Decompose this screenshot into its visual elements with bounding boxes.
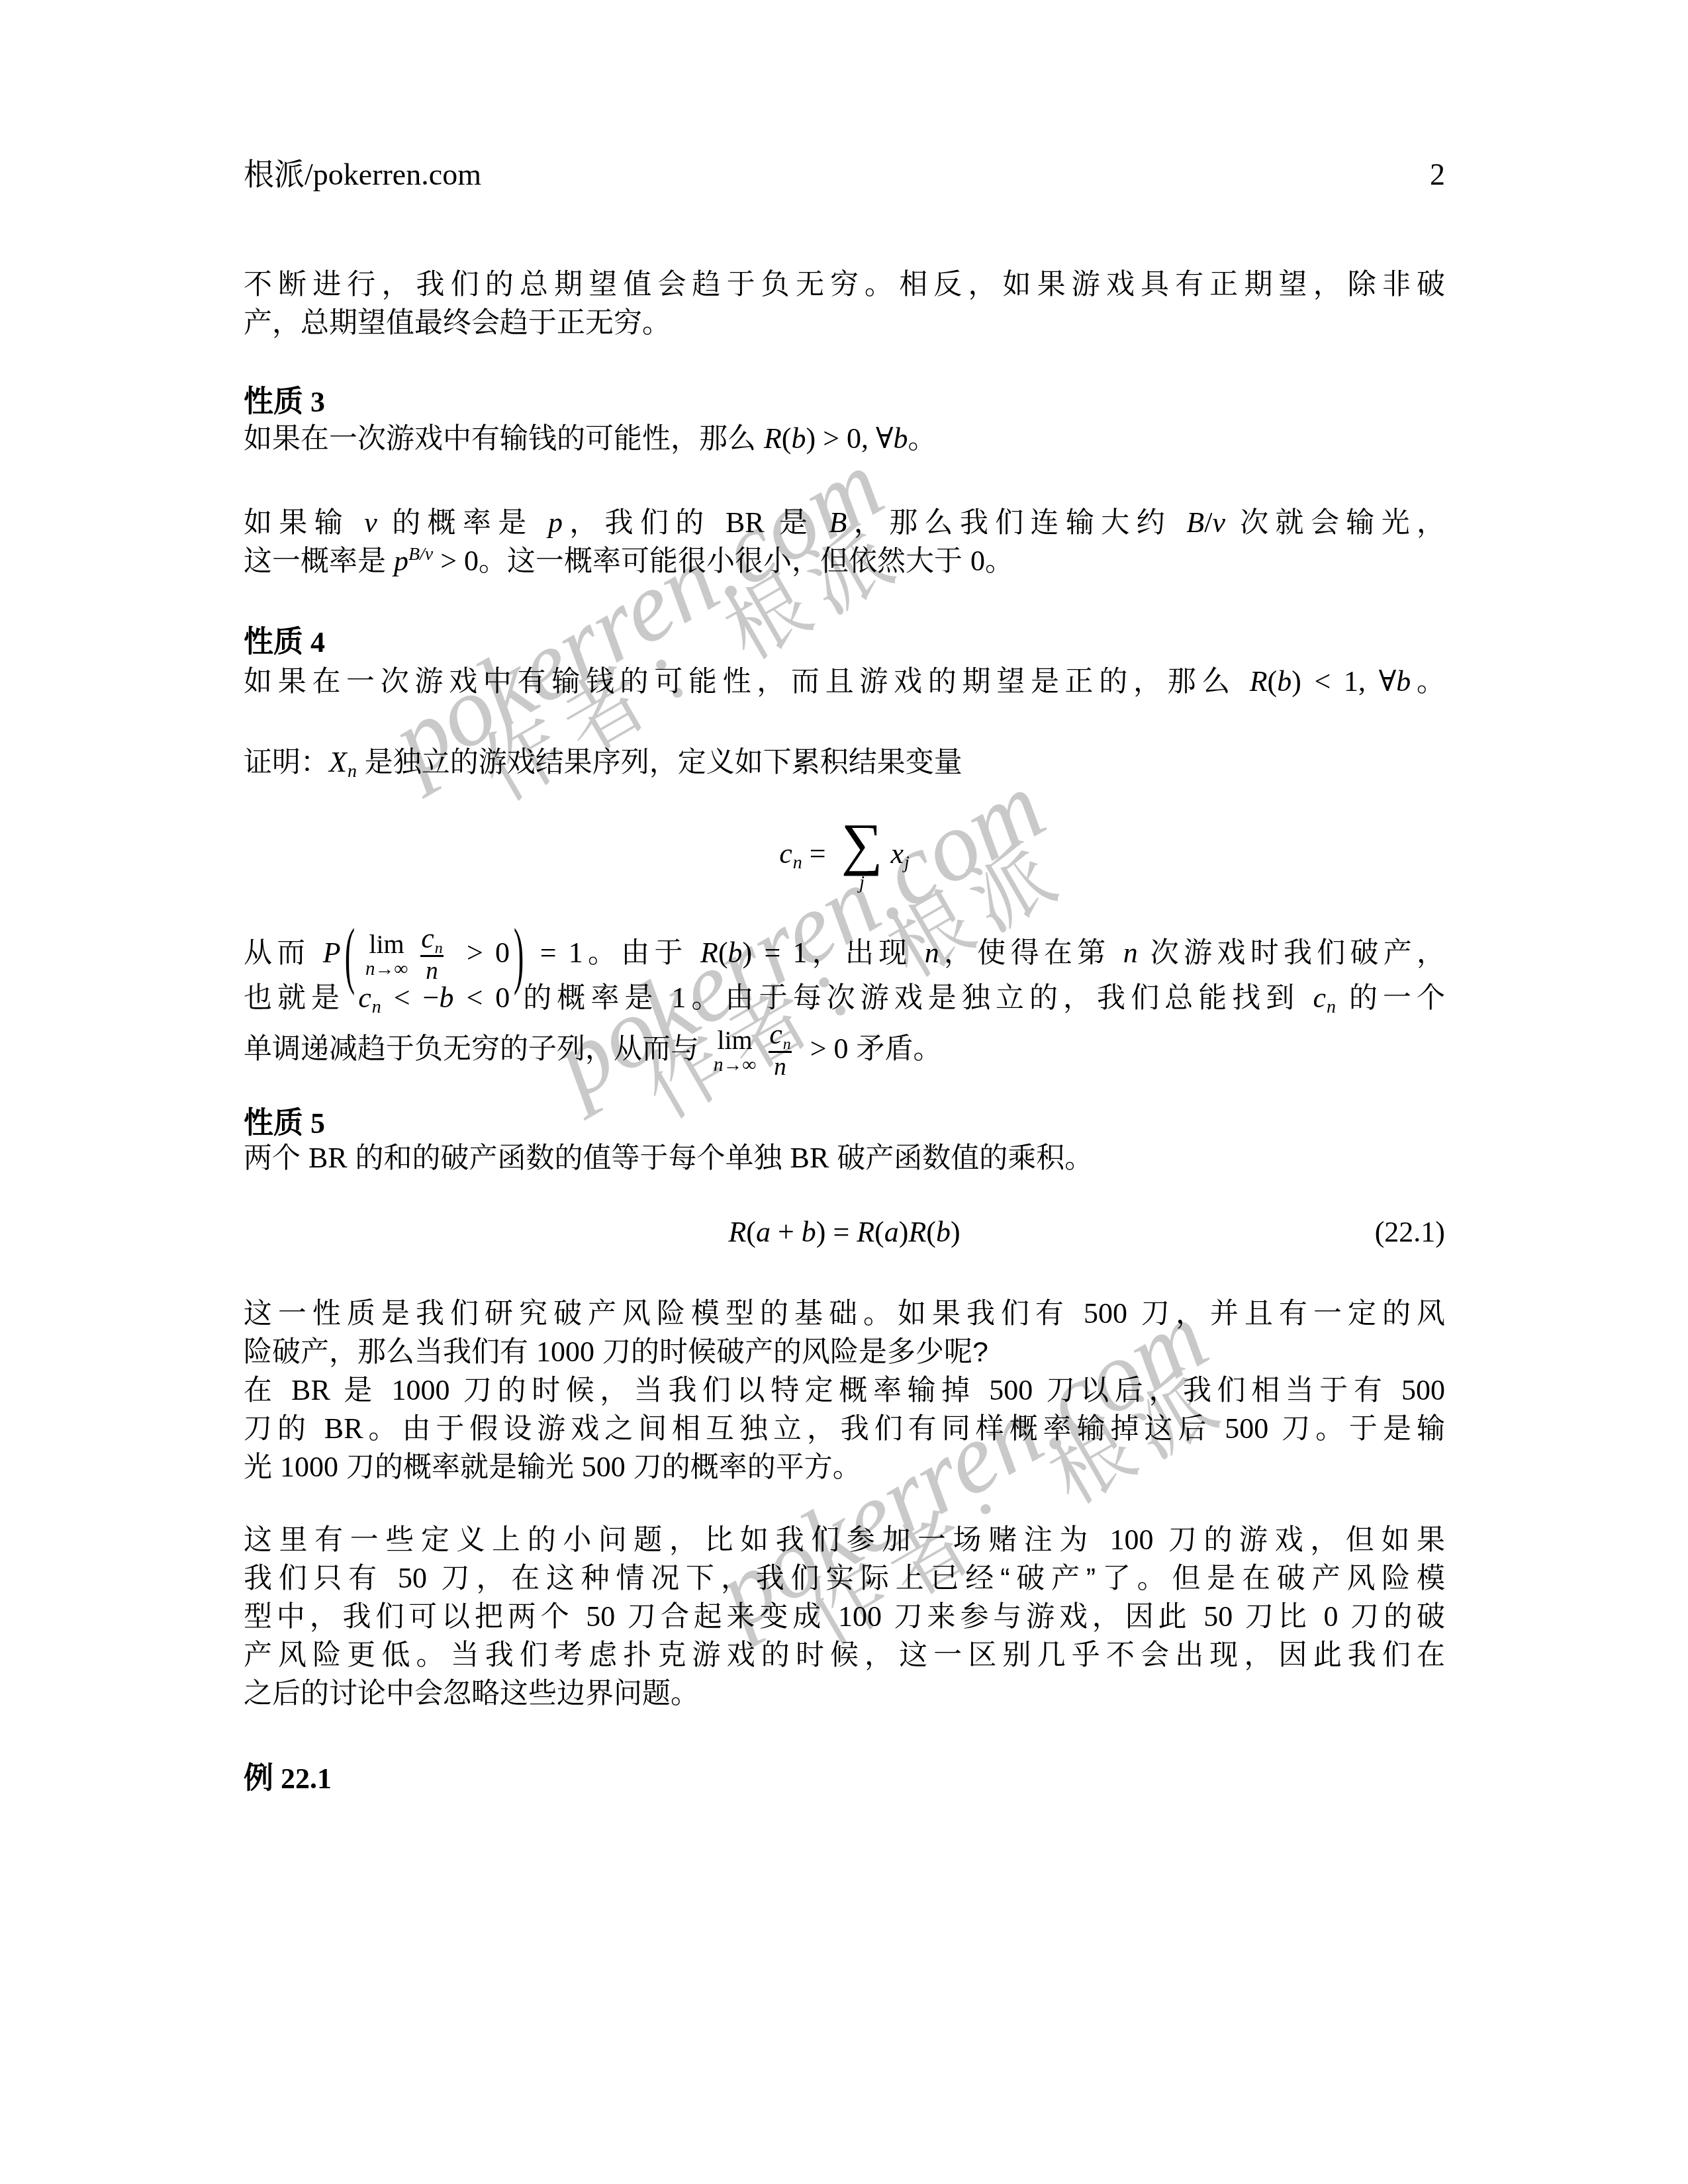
text-line: 这一概率是 pB/v > 0。这一概率可能很小很小，但依然大于 0。	[244, 542, 1445, 580]
text-line: 两个 BR 的和的破产函数的值等于每个单独 BR 破产函数值的乘积。	[244, 1139, 1445, 1177]
text-line: 如果在一次游戏中有输钱的可能性，那么 R(b) > 0, ∀b。	[244, 420, 1445, 458]
text-segment: 。由于每次游戏是独立的，我们总能找到	[686, 982, 1313, 1014]
formula-cumulative: cn = ∑jxj	[244, 818, 1445, 893]
text-segment: n	[793, 852, 802, 873]
text-segment: R	[857, 1216, 874, 1248]
header-site-title: 根派/pokerren.com	[244, 158, 481, 192]
text-segment: 如果在一次游戏中有输钱的可能性，那么	[244, 423, 764, 455]
text-segment: 的一个	[1336, 982, 1445, 1014]
text-segment: 光	[244, 1451, 280, 1483]
document-page: pokerren.com 作者：根派 pokerren.com 作者：根派 po…	[0, 0, 1688, 2184]
text-segment: 刀的概率就是输光	[338, 1451, 582, 1483]
text-segment: 产，总期望值最终会趋于正无穷。	[244, 307, 671, 339]
text-segment: (	[718, 936, 728, 969]
text-segment: 5	[303, 1107, 325, 1140]
text-line: 也就是 cn < −b < 0 的概率是 1。由于每次游戏是独立的，我们总能找到…	[244, 979, 1445, 1017]
text-line: 在 BR 是 1000 刀的时候，当我们以特定概率输掉 500 刀以后，我们相当…	[244, 1371, 1445, 1410]
text-segment: v	[1212, 506, 1225, 539]
section-heading-prop5: 性质 5	[244, 1104, 1445, 1143]
text-segment: 500	[582, 1451, 626, 1483]
text-segment: v	[364, 506, 377, 539]
text-segment: p	[548, 506, 563, 539]
text-segment: < 0	[453, 981, 510, 1014]
text-segment: 型中，我们可以把两个	[244, 1601, 586, 1633]
text-line: 不断进行，我们的总期望值会趋于负无穷。相反，如果游戏具有正期望，除非破	[244, 265, 1445, 304]
text-segment: (	[1268, 665, 1278, 698]
text-segment: 1	[672, 981, 686, 1014]
text-segment: 我们只有	[244, 1563, 398, 1594]
text-segment: 500	[1225, 1412, 1268, 1445]
text-line: 如果输 v 的概率是 p，我们的 BR 是 B，那么我们连输大约 B/v 次就会…	[244, 504, 1445, 542]
text-line: 从而 P(limn→∞cnn > 0) = 1。由于 R(b) = 1，出现 n…	[244, 924, 1445, 986]
text-segment: 刀的游戏，但如果	[1153, 1524, 1445, 1556]
text-segment: 从而	[244, 937, 323, 969]
text-segment: BR	[790, 1142, 829, 1174]
text-segment: 100	[1109, 1524, 1153, 1556]
text-segment: c	[1313, 981, 1326, 1014]
text-segment: 刀的时候，当我们以特定概率输掉	[449, 1375, 989, 1406]
text-segment: c	[358, 981, 371, 1014]
text-segment: B	[1186, 506, 1204, 539]
equation-body: R(a + b) = R(a)R(b)	[244, 1213, 1445, 1251]
text-segment: =	[802, 837, 833, 870]
text-segment: j	[904, 852, 910, 873]
text-segment: ) < 1, ∀	[1291, 665, 1396, 698]
text-line: 之后的讨论中会忽略这些边界问题。	[244, 1674, 1445, 1713]
text-segment: R	[908, 1216, 926, 1248]
text-segment: R	[764, 422, 782, 455]
text-segment: 。这一概率可能很小很小，但依然大于	[479, 545, 970, 577]
text-segment: ，那么我们连输大约	[847, 507, 1186, 539]
summation-operator: ∑j	[841, 818, 883, 893]
text-segment: 3	[303, 386, 325, 418]
text-segment: 1000	[536, 1336, 594, 1368]
text-segment: 是独立的游戏结果序列，定义如下累积结果变量	[357, 747, 962, 778]
text-segment: ) > 0, ∀	[806, 422, 894, 455]
text-segment: b	[1396, 665, 1411, 698]
text-segment: 刀，在这种情况下，我们实际上已经“破产”了。但是在破产风险模	[427, 1563, 1445, 1594]
text-segment: 次游戏时我们破产，	[1138, 937, 1445, 969]
text-segment: BR	[308, 1142, 348, 1174]
text-segment: 1000	[280, 1451, 338, 1483]
text-segment: 破产函数值的乘积。	[829, 1142, 1093, 1174]
text-segment: 不断进行，我们的总期望值会趋于负无穷。相反，如果游戏具有正期望，除非破	[244, 269, 1445, 300]
proof-line: 证明：Xn 是独立的游戏结果序列，定义如下累积结果变量	[244, 743, 1445, 782]
text-line: 型中，我们可以把两个 50 刀合起来变成 100 刀来参与游戏，因此 50 刀比…	[244, 1598, 1445, 1636]
text-segment: 是	[765, 507, 829, 539]
text-segment: 刀比	[1233, 1601, 1323, 1633]
text-segment: 。	[985, 545, 1013, 577]
text-segment: 刀来参与游戏，因此	[882, 1601, 1203, 1633]
text-segment: 50	[398, 1562, 427, 1594]
text-line: 这里有一些定义上的小问题，比如我们参加一场赌注为 100 刀的游戏，但如果	[244, 1521, 1445, 1559]
text-segment: 刀的概率的平方。	[626, 1451, 861, 1483]
text-segment: 。由于	[583, 937, 700, 969]
equation-number: (22.1)	[1375, 1213, 1445, 1251]
text-segment: ，使得在第	[939, 937, 1123, 969]
text-line: 单调递减趋于负无穷的子列，从而与 limn→∞cnn > 0 矛盾。	[244, 1020, 1445, 1082]
text-segment: 刀的时候破产的风险是多少呢?	[594, 1336, 988, 1368]
text-segment: 0	[970, 545, 985, 577]
text-segment: ) = 1	[743, 936, 808, 969]
text-segment: b	[1277, 665, 1291, 698]
text-segment: 在	[244, 1375, 291, 1406]
text-segment: 刀合起来变成	[615, 1601, 838, 1633]
text-segment: 是	[330, 1375, 392, 1406]
text-segment: 1000	[391, 1374, 449, 1406]
text-segment: 如果在一次游戏中有输钱的可能性，而且游戏的期望是正的，那么	[244, 666, 1250, 698]
text-segment: b	[792, 422, 806, 455]
text-segment: 矛盾。	[849, 1033, 942, 1065]
text-segment: 。	[1411, 666, 1445, 698]
text-segment: b	[802, 1216, 816, 1248]
text-segment: B	[829, 506, 847, 539]
text-segment: 50	[586, 1600, 615, 1633]
text-segment: n	[1123, 936, 1138, 969]
text-segment: p	[394, 545, 408, 577]
text-segment: 22.1	[273, 1762, 332, 1795]
text-segment: ，我们的	[563, 507, 726, 539]
text-segment: 例	[244, 1761, 273, 1795]
section-heading-example: 例 22.1	[244, 1759, 1445, 1798]
text-segment: B/v	[408, 544, 433, 565]
text-segment: 之后的讨论中会忽略这些边界问题。	[244, 1678, 699, 1709]
text-line: 这一性质是我们研究破产风险模型的基础。如果我们有 500 刀，并且有一定的风	[244, 1295, 1445, 1333]
text-segment: 500	[1401, 1374, 1445, 1406]
text-segment: 4	[303, 626, 325, 659]
text-segment: 500	[1084, 1297, 1127, 1330]
text-segment: c	[779, 837, 792, 870]
text-segment: 这里有一些定义上的小问题，比如我们参加一场赌注为	[244, 1524, 1109, 1556]
text-segment: 产风险更低。当我们考虑扑克游戏的时候，这一区别几乎不会出现，因此我们在	[244, 1639, 1445, 1671]
text-segment: 刀。于是输	[1268, 1413, 1445, 1445]
text-segment: X	[329, 746, 347, 778]
text-segment: 0	[1324, 1600, 1338, 1633]
text-line: 如果在一次游戏中有输钱的可能性，而且游戏的期望是正的，那么 R(b) < 1, …	[244, 662, 1445, 701]
text-segment: 100	[838, 1600, 882, 1633]
text-segment: 这一性质是我们研究破产风险模型的基础。如果我们有	[244, 1298, 1084, 1330]
text-line: 产风险更低。当我们考虑扑克游戏的时候，这一区别几乎不会出现，因此我们在	[244, 1636, 1445, 1674]
text-segment: 单调递减趋于负无穷的子列，从而与	[244, 1033, 707, 1065]
text-segment: n	[372, 997, 381, 1017]
text-segment: 也就是	[244, 982, 358, 1014]
text-segment: R	[1250, 665, 1268, 698]
text-segment: n	[348, 761, 357, 782]
text-segment: 次就会输光，	[1225, 507, 1445, 539]
text-line: 产，总期望值最终会趋于正无穷。	[244, 304, 1445, 342]
text-segment: P	[323, 936, 341, 969]
text-segment: 刀的	[244, 1413, 324, 1445]
text-segment: R	[728, 1216, 746, 1248]
text-segment: n	[925, 936, 939, 969]
text-segment: a	[884, 1216, 899, 1248]
text-segment: x	[890, 837, 904, 870]
text-segment: 性质	[244, 1106, 303, 1140]
text-segment: 这一概率是	[244, 545, 394, 577]
text-segment: (	[926, 1216, 936, 1248]
text-segment: ，出现	[808, 937, 925, 969]
text-segment: R	[700, 936, 718, 969]
text-segment: )	[951, 1216, 961, 1248]
text-segment: (	[746, 1216, 756, 1248]
text-segment: 50	[1203, 1600, 1233, 1633]
text-segment: = 1	[528, 936, 583, 969]
text-segment: ) =	[816, 1216, 857, 1248]
text-segment: n	[1327, 997, 1336, 1017]
section-heading-prop4: 性质 4	[244, 623, 1445, 662]
text-segment: 刀的破	[1338, 1601, 1446, 1633]
text-line: 险破产，那么当我们有 1000 刀的时候破产的风险是多少呢?	[244, 1333, 1445, 1371]
text-segment: 。	[908, 423, 937, 455]
text-segment: b	[439, 981, 453, 1014]
text-line: 我们只有 50 刀，在这种情况下，我们实际上已经“破产”了。但是在破产风险模	[244, 1559, 1445, 1598]
text-segment: 。由于假设游戏之间相互独立，我们有同样概率输掉这后	[363, 1413, 1225, 1445]
text-segment: > 0	[803, 1032, 849, 1065]
section-heading-prop3: 性质 3	[244, 383, 1445, 422]
text-segment: 的概率是	[377, 507, 548, 539]
text-segment: > 0	[455, 936, 510, 969]
text-line: 光 1000 刀的概率就是输光 500 刀的概率的平方。	[244, 1448, 1445, 1486]
text-segment: b	[894, 422, 908, 455]
text-segment: a	[756, 1216, 771, 1248]
text-segment: 两个	[244, 1142, 308, 1174]
text-segment: > 0	[433, 545, 479, 577]
text-segment: 性质	[244, 625, 303, 659]
text-segment: 如果输	[244, 507, 364, 539]
text-segment: BR	[291, 1374, 330, 1406]
text-segment: 刀，并且有一定的风	[1127, 1298, 1445, 1330]
text-segment: +	[771, 1216, 802, 1248]
text-segment: < −	[381, 981, 440, 1014]
limit-fraction: limn→∞cnn	[714, 1020, 796, 1082]
text-segment: (	[874, 1216, 884, 1248]
text-segment: 的概率是	[510, 982, 671, 1014]
text-segment: )	[899, 1216, 909, 1248]
text-segment: 的和的破产函数的值等于每个单独	[348, 1142, 790, 1174]
text-segment: b	[728, 936, 743, 969]
text-segment: 证明：	[244, 747, 329, 778]
text-segment: 刀以后，我们相当于有	[1033, 1375, 1401, 1406]
equation-221: R(a + b) = R(a)R(b) (22.1)	[244, 1213, 1445, 1251]
text-segment: /	[1204, 506, 1212, 539]
page-header: 根派/pokerren.com 2	[244, 158, 1445, 192]
text-segment: 险破产，那么当我们有	[244, 1336, 536, 1368]
text-segment: 性质	[244, 385, 303, 418]
text-line: 刀的 BR。由于假设游戏之间相互独立，我们有同样概率输掉这后 500 刀。于是输	[244, 1410, 1445, 1448]
text-segment: BR	[324, 1412, 363, 1445]
text-segment: 500	[989, 1374, 1033, 1406]
limit-fraction: limn→∞cnn	[365, 924, 448, 986]
text-segment: (	[782, 422, 792, 455]
page-number: 2	[1430, 158, 1445, 192]
text-segment: b	[936, 1216, 951, 1248]
text-segment: BR	[726, 506, 765, 539]
